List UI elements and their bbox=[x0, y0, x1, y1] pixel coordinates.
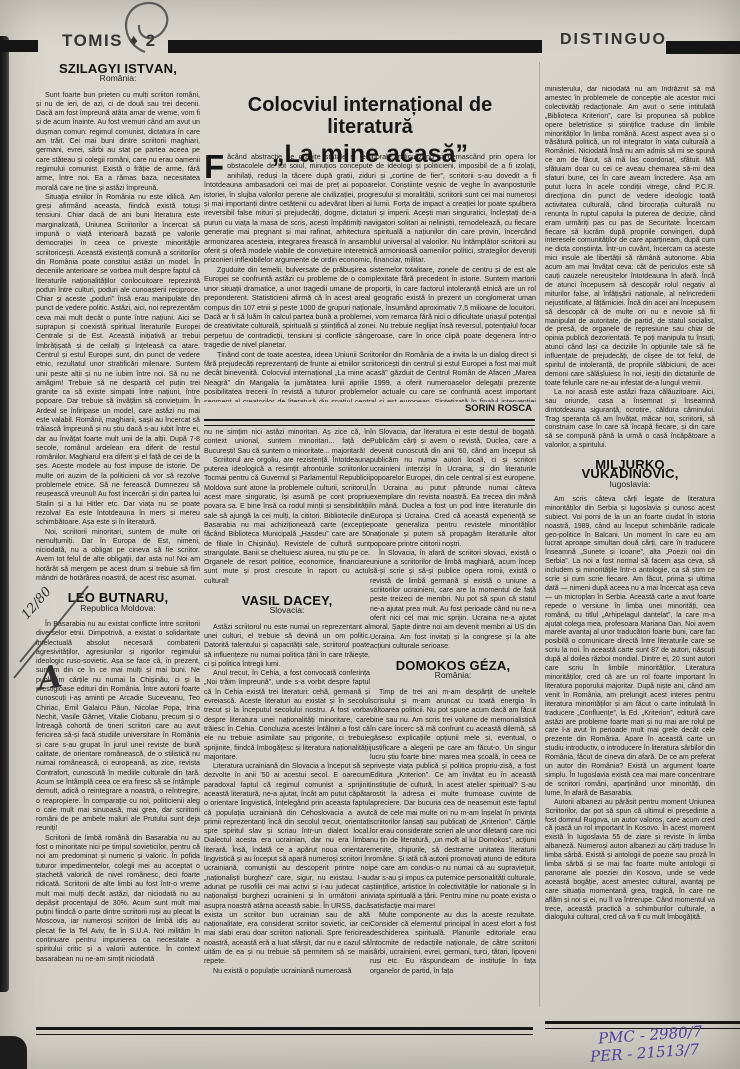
paragraph: Anul trecut, în Cehia, a fost convocată … bbox=[204, 669, 370, 762]
drop-cap: F bbox=[204, 152, 227, 180]
section-heading-miljurko-vukadinovic: MILJURKO VUKADINOVIC, bbox=[545, 461, 715, 479]
section-heading-szilagyi-istvan: SZILÁGYI ISTVÁN, bbox=[36, 64, 200, 73]
paragraph: Timp de trei ani m-am despărțit de unelt… bbox=[370, 688, 536, 911]
masthead-bar-middle bbox=[168, 40, 542, 53]
paragraph: Am scris câteva cărți legate de literatu… bbox=[545, 496, 715, 799]
paragraph: Multe componente au dus la aceste rezult… bbox=[370, 911, 536, 976]
masthead-right-title: DISTINGUO bbox=[560, 31, 667, 49]
scan-edge-strip bbox=[0, 36, 9, 992]
paragraph: Scriitorul are orgoliu, are rezistență. … bbox=[204, 456, 370, 586]
paragraph: Sunt foarte bun prieten cu mulți scriito… bbox=[36, 91, 200, 193]
paragraph: Autorii albanezi au părăsit pentru momen… bbox=[545, 799, 715, 924]
intro-paragraph: Ținând cont de toate acestea, ideea Uniu… bbox=[204, 350, 536, 402]
section-heading-vasil-dacey: VASIL DACEY, bbox=[204, 596, 370, 605]
column-3: în Slovacia, dar literatura ei este dest… bbox=[370, 428, 536, 1024]
article-byline: SORIN ROSCA bbox=[204, 403, 532, 414]
paragraph: La noi acasă este astăzi fraza călăuzito… bbox=[545, 389, 715, 451]
column-2: nu ne simțim nici astăzi minoritari. Aș … bbox=[204, 428, 370, 1024]
paragraph: Scriitorii de limbă română din Basarabia… bbox=[36, 834, 200, 964]
paragraph: În Slovacia, în afară de scriitori slova… bbox=[370, 549, 536, 651]
masthead-bar-left bbox=[0, 40, 38, 52]
paragraph: ministerului, dar niciodată nu am îndrăz… bbox=[545, 86, 715, 389]
paragraph: Literatura ucrainiană din Slovacia a înc… bbox=[204, 762, 370, 967]
rule-under-article bbox=[204, 419, 535, 426]
article-intro: Făcând abstracție de granițe statale și … bbox=[204, 152, 536, 402]
paragraph: Astăzi scriitorul nu este numai un repre… bbox=[204, 623, 370, 669]
pen-squiggle bbox=[115, 0, 185, 54]
paragraph: în Slovacia, dar literatura ei este dest… bbox=[370, 428, 536, 549]
section-country: România: bbox=[370, 671, 536, 680]
paragraph: nu ne simțim nici astăzi minoritari. Aș … bbox=[204, 428, 370, 456]
newspaper-page: TOMIS ♦ 2 DISTINGUO Colocviul internațio… bbox=[0, 0, 740, 1069]
article-title: Colocviul internațional de literatură bbox=[204, 94, 536, 138]
column-1: SZILÁGYI ISTVÁN,România:Sunt foarte bun … bbox=[36, 64, 200, 1022]
column-separator bbox=[539, 62, 540, 1007]
section-country: Iugoslavia: bbox=[545, 480, 715, 489]
scan-edge-blob bbox=[0, 1036, 27, 1069]
paragraph: Nu există o populație ucrainiană numeroa… bbox=[204, 967, 370, 976]
section-heading-domokos-geza: DOMOKOS GÉZA, bbox=[370, 661, 536, 670]
paragraph: Situația etniilor în România nu este idi… bbox=[36, 193, 200, 528]
section-country: Slovacia: bbox=[204, 606, 370, 615]
handwritten-initial-mark: A bbox=[36, 659, 65, 698]
column-4-distinguo: ministerului, dar niciodată nu am îndrăz… bbox=[545, 86, 715, 1004]
rule-bottom-left bbox=[36, 1027, 533, 1035]
intro-paragraph: Zguduite din temelii, bulversate de prăb… bbox=[204, 265, 536, 350]
masthead-bar-right bbox=[666, 41, 740, 54]
intro-paragraph: Făcând abstracție de granițe statale și … bbox=[204, 152, 536, 265]
